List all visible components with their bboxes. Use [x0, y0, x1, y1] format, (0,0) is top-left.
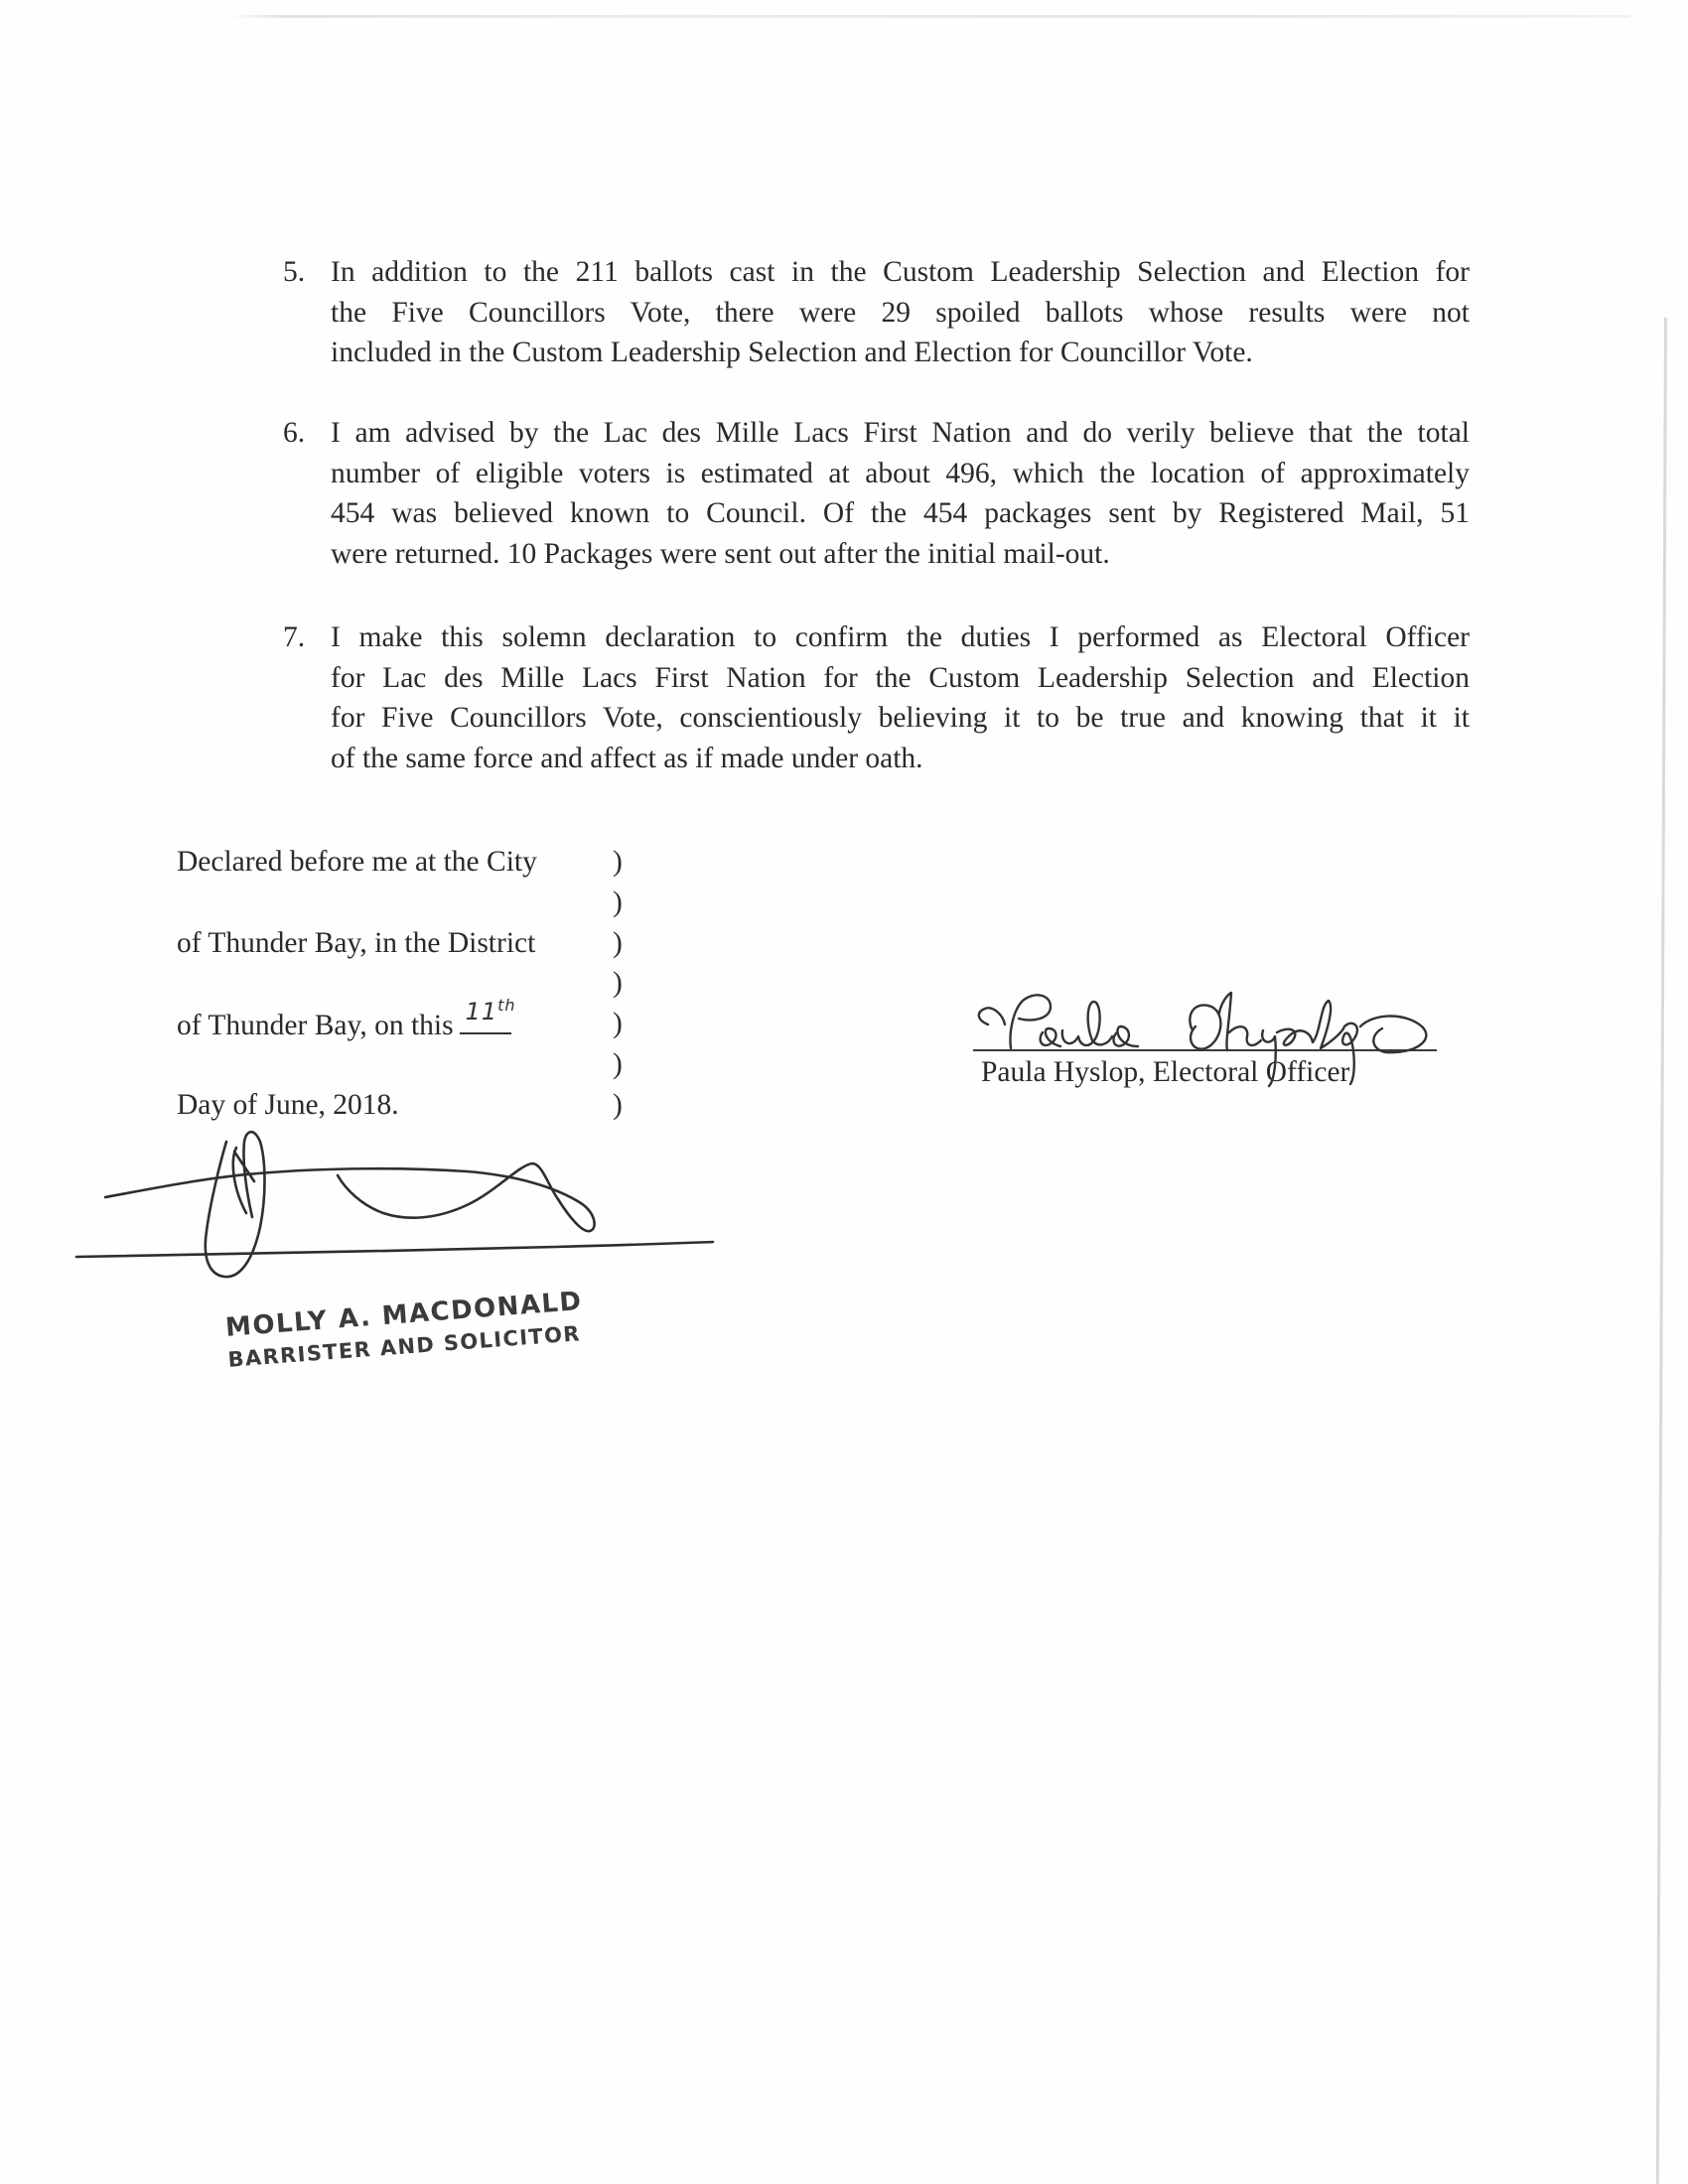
- paragraph-line: 454 was believed known to Council. Of th…: [331, 493, 1470, 534]
- paragraph-line: of the same force and affect as if made …: [331, 739, 1470, 779]
- paragraph-line: for Lac des Mille Lacs First Nation for …: [331, 658, 1470, 699]
- day-blank-field: 11th: [460, 1007, 511, 1034]
- paragraph-line: In addition to the 211 ballots cast in t…: [331, 252, 1470, 293]
- bracket-paren: ): [613, 1007, 623, 1040]
- paragraph-number: 6.: [283, 413, 305, 454]
- paragraph-number: 7.: [283, 617, 305, 658]
- paragraph-line: included in the Custom Leadership Select…: [331, 333, 1470, 373]
- numbered-paragraph-5: 5. In addition to the 211 ballots cast i…: [283, 252, 1470, 373]
- bracket-paren: ): [613, 1088, 623, 1122]
- paragraph-line: number of eligible voters is estimated a…: [331, 454, 1470, 494]
- scan-top-edge: [228, 15, 1630, 18]
- paragraph-line: I am advised by the Lac des Mille Lacs F…: [331, 413, 1470, 454]
- declaration-line-1: Declared before me at the City: [177, 845, 537, 879]
- bracket-paren: ): [613, 886, 623, 919]
- paragraph-line: for Five Councillors Vote, conscientious…: [331, 698, 1470, 739]
- commissioner-signature-icon: [76, 1132, 713, 1277]
- bracket-paren: ): [613, 966, 623, 1000]
- signatory-name-title: Paula Hyslop, Electoral Officer: [981, 1055, 1349, 1089]
- document-page: 5. In addition to the 211 ballots cast i…: [0, 0, 1688, 2184]
- declaration-line-2: of Thunder Bay, in the District: [177, 926, 535, 960]
- bracket-paren: ): [613, 926, 623, 960]
- paragraph-number: 5.: [283, 252, 305, 293]
- numbered-paragraph-7: 7. I make this solemn declaration to con…: [283, 617, 1470, 778]
- paragraph-line: were returned. 10 Packages were sent out…: [331, 534, 1470, 575]
- commissioner-stamp: MOLLY A. MACDONALD BARRISTER AND SOLICIT…: [224, 1286, 586, 1376]
- declaration-line-3-text: of Thunder Bay, on this: [177, 1010, 454, 1041]
- paragraph-line: the Five Councillors Vote, there were 29…: [331, 293, 1470, 334]
- paragraph-line: I make this solemn declaration to confir…: [331, 617, 1470, 658]
- signature-line-electoral-officer: [973, 1049, 1437, 1051]
- scan-right-edge: [1656, 318, 1667, 2184]
- handwritten-day: 11th: [466, 989, 516, 1028]
- declaration-line-3: of Thunder Bay, on this11th: [177, 1007, 511, 1042]
- bracket-paren: ): [613, 1047, 623, 1081]
- numbered-paragraph-6: 6. I am advised by the Lac des Mille Lac…: [283, 413, 1470, 574]
- declaration-line-4: Day of June, 2018.: [177, 1088, 399, 1122]
- bracket-paren: ): [613, 845, 623, 879]
